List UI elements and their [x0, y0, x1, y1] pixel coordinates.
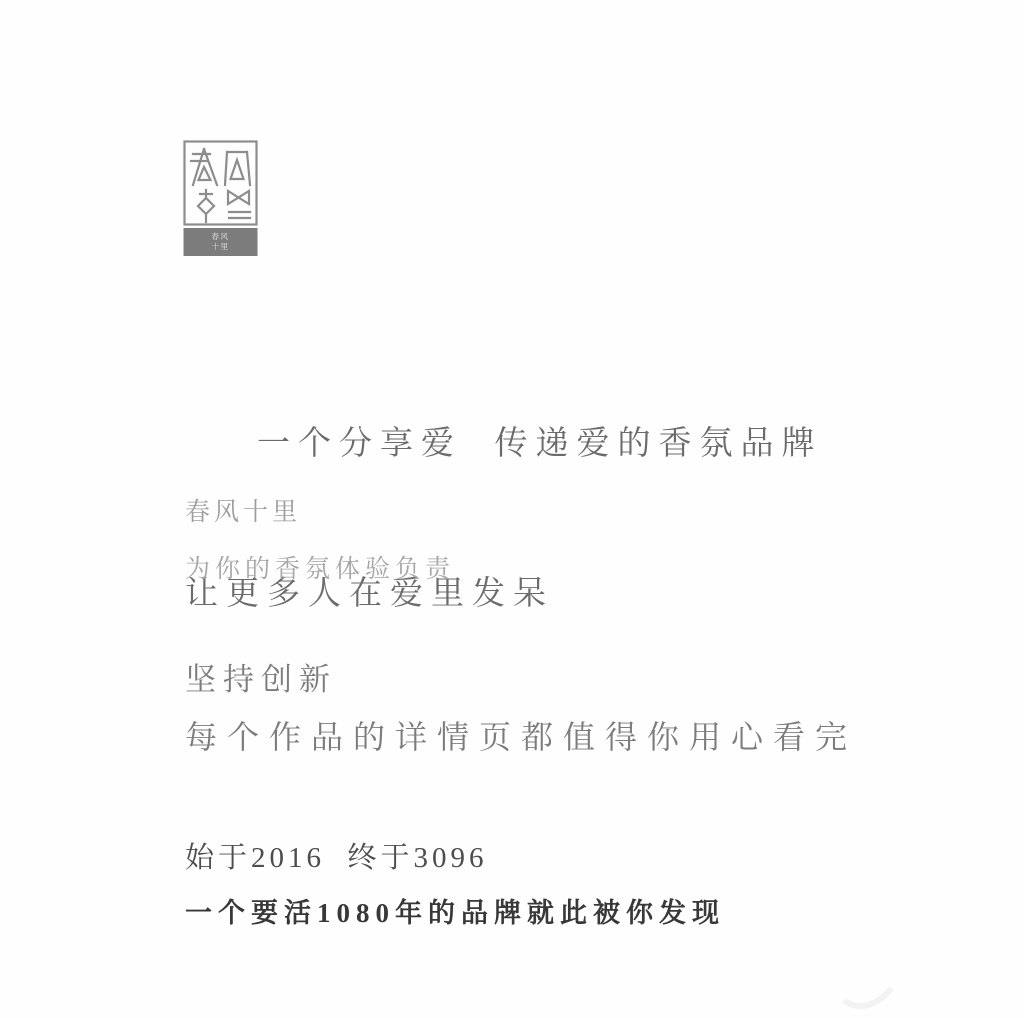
logo-band-text-1: 春风 [212, 231, 230, 241]
brand-name-text: 春风十里 [185, 492, 301, 528]
logo-glyph-chun [191, 149, 217, 185]
brand-seal-logo: 春风 十里 [183, 140, 258, 256]
logo-glyph-li [228, 191, 250, 218]
brand-intro-page: 春风 十里 一个分享爱 传递爱的香氛品牌 让更多人在爱里发呆 春风十里 为你的香… [0, 0, 1024, 1018]
logo-band-text-2: 十里 [212, 241, 230, 251]
faint-watermark-arc [840, 972, 920, 1018]
timeline-claim-text: 一个要活1080年的品牌就此被你发现 [185, 891, 725, 930]
tagline-line-1: 一个分享爱 传递爱的香氛品牌 [185, 419, 823, 469]
logo-glyph-shi [198, 190, 214, 222]
timeline-years-text: 始于2016 终于3096 [185, 835, 488, 876]
commitment-line-2: 每个作品的详情页都值得你用心看完 [185, 712, 857, 758]
logo-glyph-feng [225, 152, 250, 185]
logo-band: 春风 十里 [184, 228, 258, 256]
commitment-line-1: 坚持创新 [185, 654, 337, 699]
brand-promise-text: 为你的香氛体验负责 [185, 549, 455, 585]
